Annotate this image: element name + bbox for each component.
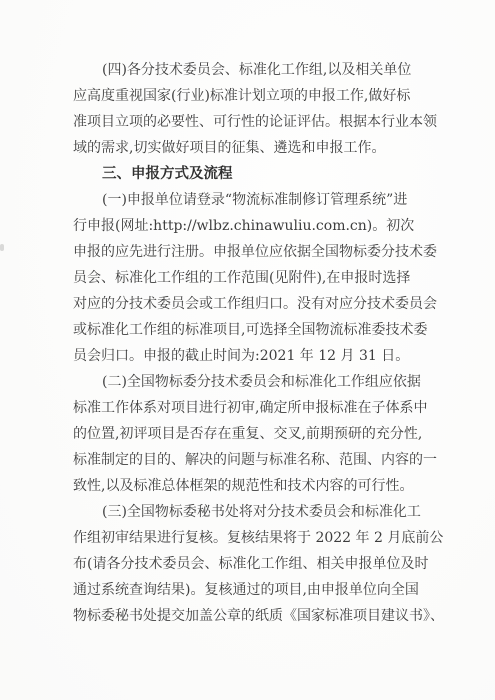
document-lines: (四)各分技术委员会、标准化工作组,以及相关单位应高度重视国家(行业)标准计划立… bbox=[73, 57, 444, 629]
text-line: 准项目立项的必要性、可行性的论证评估。根据本行业本领 bbox=[73, 109, 444, 135]
text-line: 域的需求,切实做好项目的征集、遴选和申报工作。 bbox=[73, 135, 444, 161]
text-line: 布(请各分技术委员会、标准化工作组、相关申报单位及时 bbox=[73, 551, 444, 577]
text-line: (一)申报单位请登录“物流标准制修订管理系统”进 bbox=[73, 187, 444, 213]
text-line: 员会归口。申报的截止时间为:2021 年 12 月 31 日。 bbox=[73, 343, 444, 369]
text-line: 申报的应先进行注册。申报单位应依据全国物标委分技术委 bbox=[73, 239, 444, 265]
text-line: 作组初审结果进行复核。复核结果将于 2022 年 2 月底前公 bbox=[73, 525, 444, 551]
text-line: 通过系统查询结果)。复核通过的项目,由申报单位向全国 bbox=[73, 577, 444, 603]
text-line: 标准工作体系对项目进行初审,确定所申报标准在子体系中 bbox=[73, 395, 444, 421]
text-line: (四)各分技术委员会、标准化工作组,以及相关单位 bbox=[73, 57, 444, 83]
text-line: 应高度重视国家(行业)标准计划立项的申报工作,做好标 bbox=[73, 83, 444, 109]
text-line: 物标委秘书处提交加盖公章的纸质《国家标准项目建议书》、 bbox=[73, 603, 444, 629]
text-line: (二)全国物标委分技术委员会和标准化工作组应依据 bbox=[73, 369, 444, 395]
text-line: 行申报(网址:http://wlbz.chinawuliu.com.cn)。初次 bbox=[73, 213, 444, 239]
text-line: 标准制定的目的、解决的问题与标准名称、范围、内容的一 bbox=[73, 447, 444, 473]
text-line: 员会、标准化工作组的工作范围(见附件),在申报时选择 bbox=[73, 265, 444, 291]
text-line: 的位置,初评项目是否存在重复、交叉,前期预研的充分性, bbox=[73, 421, 444, 447]
section-heading: 三、申报方式及流程 bbox=[73, 161, 444, 187]
text-line: 对应的分技术委员会或工作组归口。没有对应分技术委员会 bbox=[73, 291, 444, 317]
text-line: 或标准化工作组的标准项目,可选择全国物流标准委技术委 bbox=[73, 317, 444, 343]
scan-artifact-speck bbox=[0, 244, 4, 251]
text-line: 致性,以及标准总体框架的规范性和技术内容的可行性。 bbox=[73, 473, 444, 499]
document-page: (四)各分技术委员会、标准化工作组,以及相关单位应高度重视国家(行业)标准计划立… bbox=[0, 0, 495, 700]
text-line: (三)全国物标委秘书处将对分技术委员会和标准化工 bbox=[73, 499, 444, 525]
